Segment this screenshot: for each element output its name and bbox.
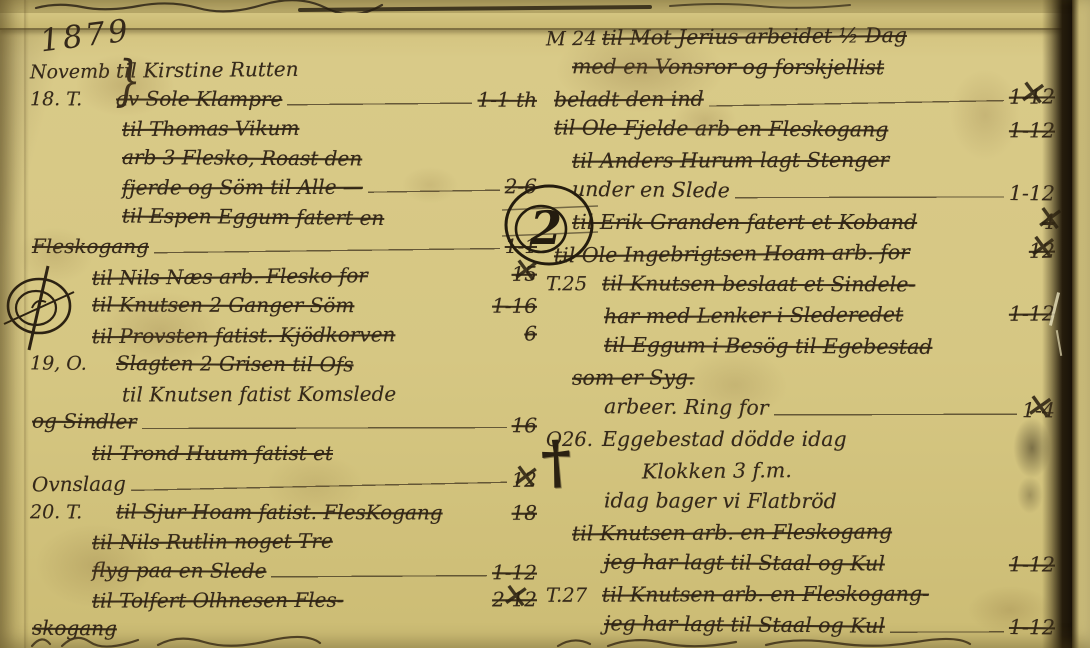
date-margin: 18. T. xyxy=(30,88,116,110)
ledger-entry: arbeer. Ring for1-4✕ xyxy=(546,394,1058,430)
entry-text: til Erik Granden fatert et Koband xyxy=(572,210,917,234)
entry-text: av Sole Klampre xyxy=(116,86,282,111)
ledger-entry: til Nils Rutlin noget Tre xyxy=(30,527,540,560)
left-column: Novembtil Kirstine Rutten18. T.av Sole K… xyxy=(30,57,540,647)
date-margin xyxy=(30,163,122,164)
entry-amount-group: 12✕ xyxy=(511,468,540,492)
leader-line xyxy=(271,565,487,582)
circled-2-doodle: 2 xyxy=(502,182,598,270)
ledger-entry: 18. T.av Sole Klampre1-1 th xyxy=(30,86,540,117)
leader-line xyxy=(368,180,500,198)
ledger-entry: T.25til Knutsen beslaat et Sindele- xyxy=(546,271,1058,304)
ledger-entry: til Erik Granden fatert et Koband4✕ xyxy=(546,210,1058,241)
ledger-entry: under en Slede1-12 xyxy=(546,177,1058,213)
entry-text: idag bager vi Flatbröd xyxy=(604,488,837,513)
entry-text: jeg har lagt til Staal og Kul xyxy=(604,550,885,576)
entry-text: til Knutsen arb. en Fleskogang- xyxy=(602,582,929,607)
ledger-entry: Klokken 3 f.m. xyxy=(546,456,1058,492)
date-margin xyxy=(546,413,604,414)
cut-off-text-strokes xyxy=(556,636,976,648)
cut-off-text-strokes xyxy=(28,632,328,648)
entry-text: Slagten 2 Grisen til Ofs xyxy=(116,351,354,376)
entry-amount-group: 18 xyxy=(512,500,541,524)
ledger-entry: til Ole Ingebrigtsen Hoam arb. for12✕ xyxy=(546,239,1058,275)
date-margin xyxy=(30,221,122,222)
leader-line xyxy=(142,418,507,435)
ledger-entry: som er Syg. xyxy=(546,364,1058,397)
entry-amount: 1-16 xyxy=(492,294,537,318)
entry-text: til Trond Huum fatist et xyxy=(92,441,333,465)
entry-amount: 1-1 th xyxy=(477,87,537,111)
ledger-entry: arb 3 Flesko, Roast den xyxy=(30,144,540,177)
ledger-entry: til Knutsen 2 Ganger Söm1-16 xyxy=(30,292,540,323)
entry-text: til Provsten fatist. Kjödkorven xyxy=(92,322,396,348)
entry-amount: 2-12 xyxy=(492,587,537,611)
entry-text: til Espen Eggum fatert en xyxy=(122,203,384,229)
ledger-entry: til Anders Hurum lagt Stenger xyxy=(546,147,1058,180)
leader-line xyxy=(287,93,472,111)
date-margin: T.27 xyxy=(546,584,602,607)
ledger-entry: flyg paa en Slede1-12 xyxy=(30,557,540,590)
entry-text: til Anders Hurum lagt Stenger xyxy=(572,148,889,173)
entry-text: arbeer. Ring for xyxy=(604,394,769,420)
ledger-page-scan: 1879 } Novembtil Kirstine Rutten18. T.av… xyxy=(0,0,1090,648)
date-margin: 19, O. xyxy=(30,352,116,375)
entry-amount: 18 xyxy=(512,500,538,524)
entry-text: Fleskogang xyxy=(32,234,149,258)
entry-text: beladt den ind xyxy=(554,87,704,112)
ledger-entry: 19, O.Slagten 2 Grisen til Ofs xyxy=(30,350,540,383)
entry-text: til Knutsen 2 Ganger Söm xyxy=(92,292,354,317)
entry-text: til Knutsen fatist Komslede xyxy=(122,381,396,406)
entry-amount: 12 xyxy=(511,468,537,492)
ledger-entry: M 24til Mot Jerius arbeidet ½ Dag xyxy=(546,22,1058,58)
entry-text: har med Lenker i Slederedet xyxy=(604,302,903,328)
entry-text: til Mot Jerius arbeidet ½ Dag xyxy=(602,23,907,50)
entry-amount-group: 1-12 xyxy=(492,560,540,584)
date-margin: M 24 xyxy=(546,27,602,51)
ledger-entry: jeg har lagt til Staal og Kul1-12 xyxy=(546,549,1058,583)
doodle-number: 2 xyxy=(529,201,562,255)
ledger-entry: Novembtil Kirstine Rutten xyxy=(30,55,540,89)
entry-text: til Ole Fjelde arb en Fleskogang xyxy=(554,115,888,141)
entry-amount-group: 1-1 th xyxy=(477,87,540,111)
entry-text: til Kirstine Rutten xyxy=(116,57,299,83)
adjacent-page-edge xyxy=(1072,0,1090,648)
ledger-entry: og Sindler16 xyxy=(30,409,540,443)
entry-text: til Knutsen arb. en Fleskogang xyxy=(572,519,892,545)
leader-line xyxy=(735,187,1004,204)
entry-text: som er Syg. xyxy=(572,365,695,389)
entry-text: fjerde og Söm til Alle — xyxy=(122,175,363,200)
entry-amount-group: 16 xyxy=(511,413,540,437)
ledger-entry: til Tolfert Olhnesen Fles-2-12✕ xyxy=(30,587,540,618)
ledger-entry: med en Vonsror og forskjellist xyxy=(546,54,1058,87)
entry-amount: 1-12 xyxy=(492,560,537,584)
ledger-entry: til Trond Huum fatist et xyxy=(30,441,540,471)
entry-text: og Sindler xyxy=(32,409,137,434)
ledger-entry: O26.Eggebestad dödde idag xyxy=(546,427,1058,458)
ledger-entry: til Knutsen arb. en Fleskogang xyxy=(546,518,1058,552)
date-margin xyxy=(546,630,604,631)
entry-text: til Eggum i Besög til Egebestad xyxy=(604,333,933,359)
entry-text: jeg har lagt til Staal og Kul xyxy=(604,611,885,638)
entry-amount-group: 6 xyxy=(524,321,540,345)
entry-amount-group: 2-12✕ xyxy=(492,587,540,611)
leader-line xyxy=(154,239,500,259)
entry-text: Eggebestad dödde idag xyxy=(602,427,847,451)
entry-text: til Sjur Hoam fatist. FlesKogang xyxy=(116,499,443,524)
entry-text: Ovnslaag xyxy=(32,472,126,497)
entry-text: arb 3 Flesko, Roast den xyxy=(122,144,362,170)
ledger-entry: beladt den ind1-12✕ xyxy=(546,84,1058,118)
entry-amount-group: 1-16 xyxy=(492,294,540,318)
date-margin: Novemb xyxy=(30,61,116,84)
leader-line xyxy=(774,404,1017,421)
entry-text: med en Vonsror og forskjellist xyxy=(572,54,884,79)
date-margin xyxy=(30,136,122,137)
date-margin: 20. T. xyxy=(30,501,116,523)
ledger-entry: til Espen Eggum fatert en xyxy=(30,202,540,236)
entry-text: til Nils Næs arb. Flesko for xyxy=(92,263,368,290)
book-binding-gap xyxy=(1042,0,1072,648)
ledger-entry: fjerde og Söm til Alle —2-6 xyxy=(30,174,540,205)
entry-text: til Thomas Vikum xyxy=(122,116,300,141)
previous-page-scribble xyxy=(30,0,870,13)
ledger-entry: til Ole Fjelde arb en Fleskogang1-12 xyxy=(546,115,1058,149)
ledger-entry: T.27til Knutsen arb. en Fleskogang- xyxy=(546,581,1058,614)
leader-line xyxy=(709,90,1004,111)
ledger-entry: har med Lenker i Slederedet1-12 xyxy=(546,301,1058,335)
ledger-entry: til Knutsen fatist Komslede xyxy=(30,381,540,412)
entry-text: til Ole Ingebrigtsen Hoam arb. for xyxy=(554,240,910,267)
ledger-entry: idag bager vi Flatbröd xyxy=(546,488,1058,521)
entry-text: flyg paa en Slede xyxy=(92,557,267,582)
ledger-entry: til Nils Næs arb. Flesko for15✕ xyxy=(30,261,540,295)
leader-line xyxy=(131,472,507,496)
ledger-entry: til Provsten fatist. Kjödkorven6 xyxy=(30,321,540,354)
entry-text: til Tolfert Olhnesen Fles- xyxy=(92,588,344,613)
ledger-entry: til Thomas Vikum xyxy=(30,114,540,147)
crossed-circle-doodle xyxy=(2,264,78,352)
entry-text: Klokken 3 f.m. xyxy=(642,458,792,483)
ledger-entry: Ovnslaag12✕ xyxy=(30,468,540,502)
ledger-entry: 20. T.til Sjur Hoam fatist. FlesKogang18 xyxy=(30,499,540,530)
ledger-entry: til Eggum i Besög til Egebestad xyxy=(546,332,1058,366)
right-column: M 24til Mot Jerius arbeidet ½ Dagmed en … xyxy=(546,24,1058,644)
entry-text: til Knutsen beslaat et Sindele- xyxy=(602,271,915,296)
entry-amount: 16 xyxy=(511,413,537,437)
date-margin: T.25 xyxy=(546,272,602,295)
death-cross-mark: † xyxy=(539,427,573,496)
entry-text: til Nils Rutlin noget Tre xyxy=(92,529,333,555)
entry-amount: 6 xyxy=(524,321,537,345)
ledger-entry: Fleskogang1-1 xyxy=(30,234,540,264)
